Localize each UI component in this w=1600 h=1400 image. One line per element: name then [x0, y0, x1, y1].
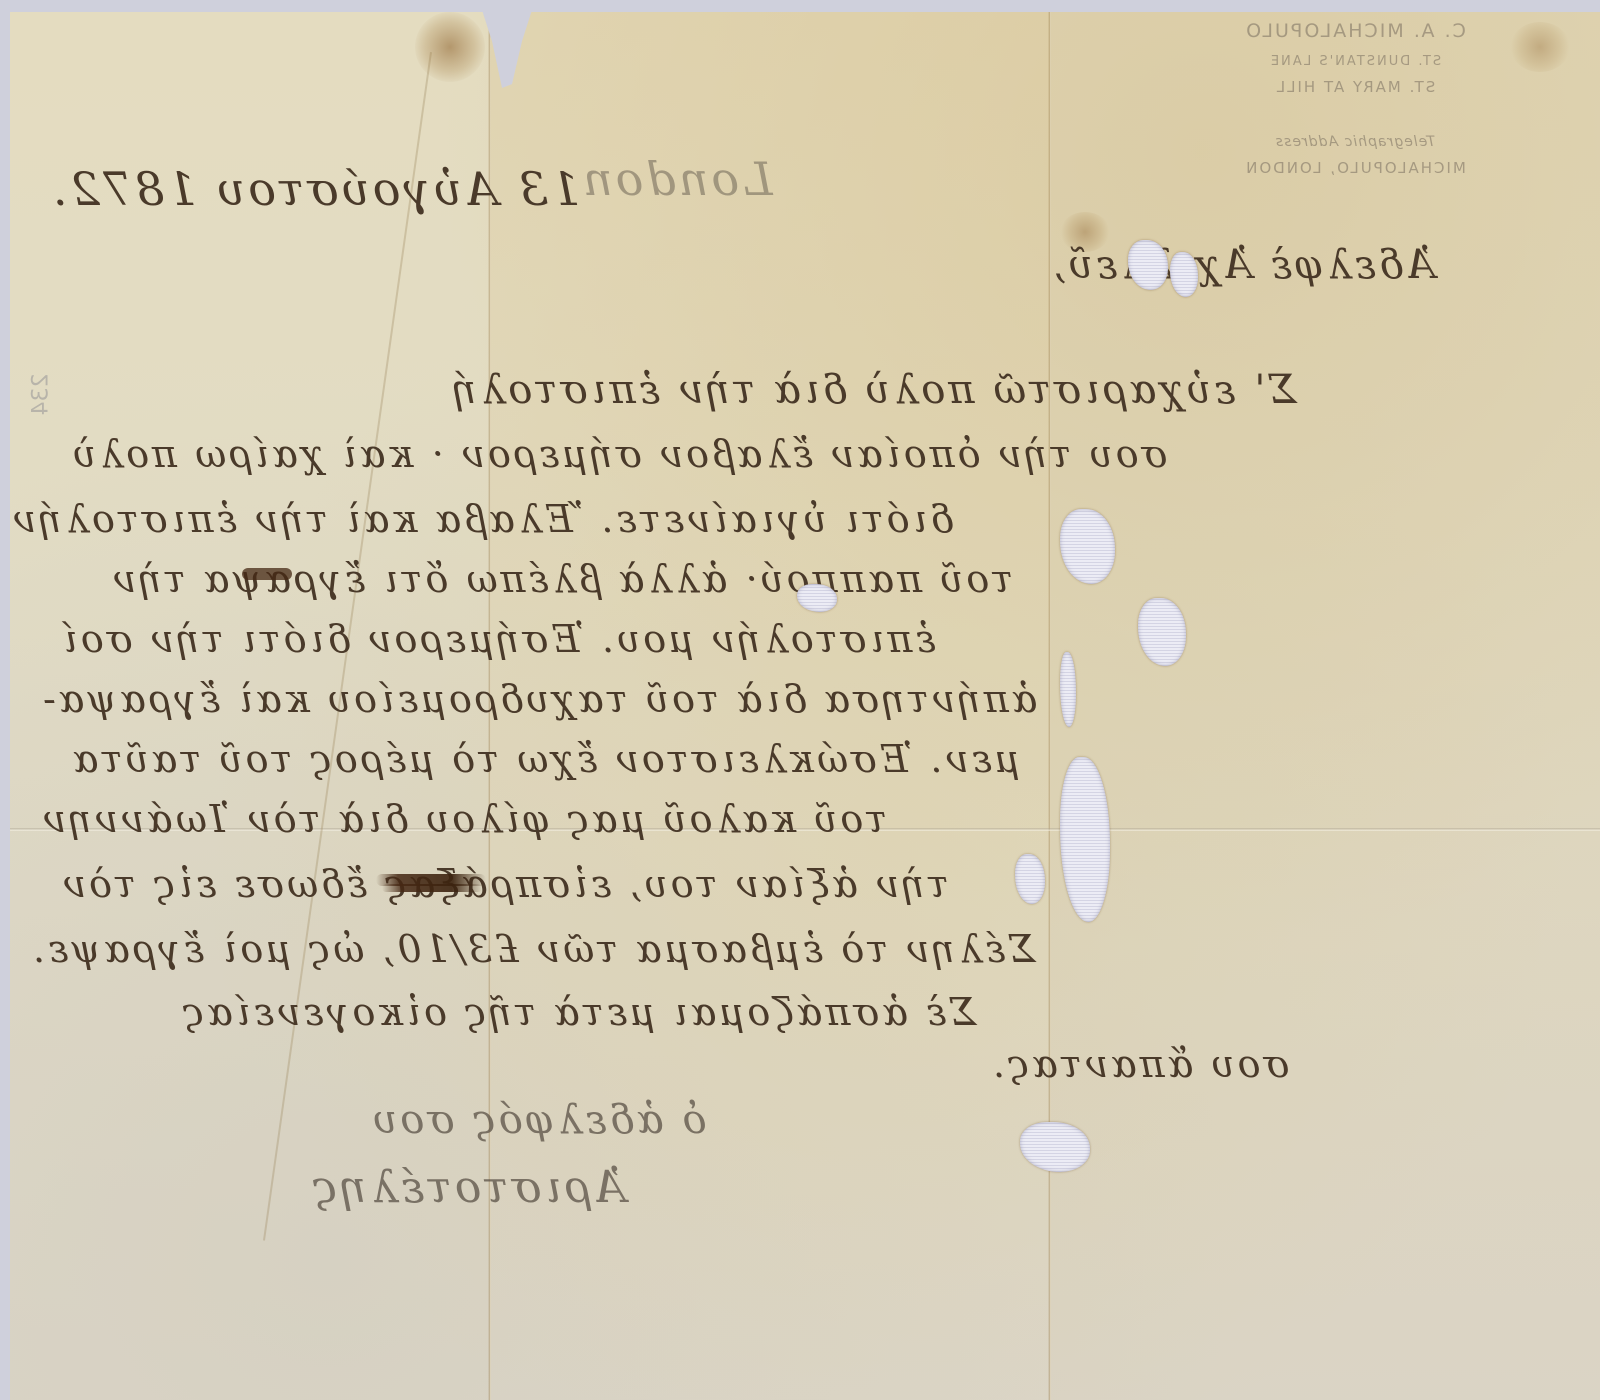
signature: Ἀριστοτέλης — [310, 1162, 626, 1213]
body-line-6: ἀπήντησα διὰ τοῦ ταχυδρομείου καὶ ἔγραψα… — [40, 677, 1037, 721]
stain-top-left — [415, 12, 485, 82]
dateline-place: London — [580, 152, 773, 206]
body-line-7: μεν. Ἐσώκλειστον ἔχω τὸ μέρος τοῦ ταῦτα — [70, 737, 1020, 781]
body-line-11: Σὲ ἀσπάζομαι μετὰ τῆς οἰκογενείας — [180, 990, 976, 1034]
letterhead-telegraphic-address: MICHALOPULO, LONDON — [1205, 161, 1505, 176]
body-line-1: Σ' εὐχαριστῶ πολὺ διὰ τὴν ἐπιστολή — [450, 367, 1297, 413]
body-line-10: Σέλην τὸ ἐμβασμα τῶν £3/10, ὡς μοὶ ἔγραψ… — [30, 927, 1036, 971]
letterhead-name: C. A. MICHALOPULO — [1205, 22, 1505, 41]
pencil-margin-note: 234 — [29, 374, 54, 416]
letterhead-street: ST. DUNSTAN'S LANE — [1205, 55, 1505, 68]
letterhead-place: ST. MARY AT HILL — [1205, 80, 1505, 95]
letterhead: C. A. MICHALOPULO ST. DUNSTAN'S LANE ST.… — [1205, 20, 1505, 176]
ink-blot-lower — [382, 884, 482, 892]
closing: ὁ ἀδελφός σου — [370, 1097, 707, 1143]
body-line-12: σου ἅπαντας. — [990, 1042, 1289, 1086]
body-line-3: διότι ὑγιαίνετε. Ἔλαβα καὶ τὴν ἐπιστολήν — [10, 497, 953, 541]
body-line-8: τοῦ καλοῦ μας φίλου διὰ τὸν Ἰωάννην — [40, 797, 887, 841]
body-line-9: τὴν ἀξίαν του, εἰσπράξας ἔδωσε εἰς τὸν — [60, 862, 949, 906]
paper-panel-right — [1050, 12, 1600, 1400]
stain-top-right — [1510, 22, 1570, 72]
letter-page: C. A. MICHALOPULO ST. DUNSTAN'S LANE ST.… — [10, 12, 1600, 1400]
dateline-date: 13 Αὐγούστου 1872. — [50, 162, 580, 216]
letterhead-telegraphic-label: Telegraphic Address — [1205, 135, 1505, 149]
salutation: Ἀδελφὲ Ἀχιλλεῦ, — [1050, 242, 1435, 288]
ink-blot-small — [242, 568, 292, 580]
body-line-2: σου τὴν ὁποίαν ἔλαβον σήμερον · καὶ χαίρ… — [70, 432, 1168, 476]
hole-3 — [1060, 652, 1076, 727]
body-line-5: ἐπιστολήν μου. Ἐσήμερον διότι τὴν σοί — [60, 617, 936, 661]
vertical-fold-right — [1048, 12, 1051, 1400]
